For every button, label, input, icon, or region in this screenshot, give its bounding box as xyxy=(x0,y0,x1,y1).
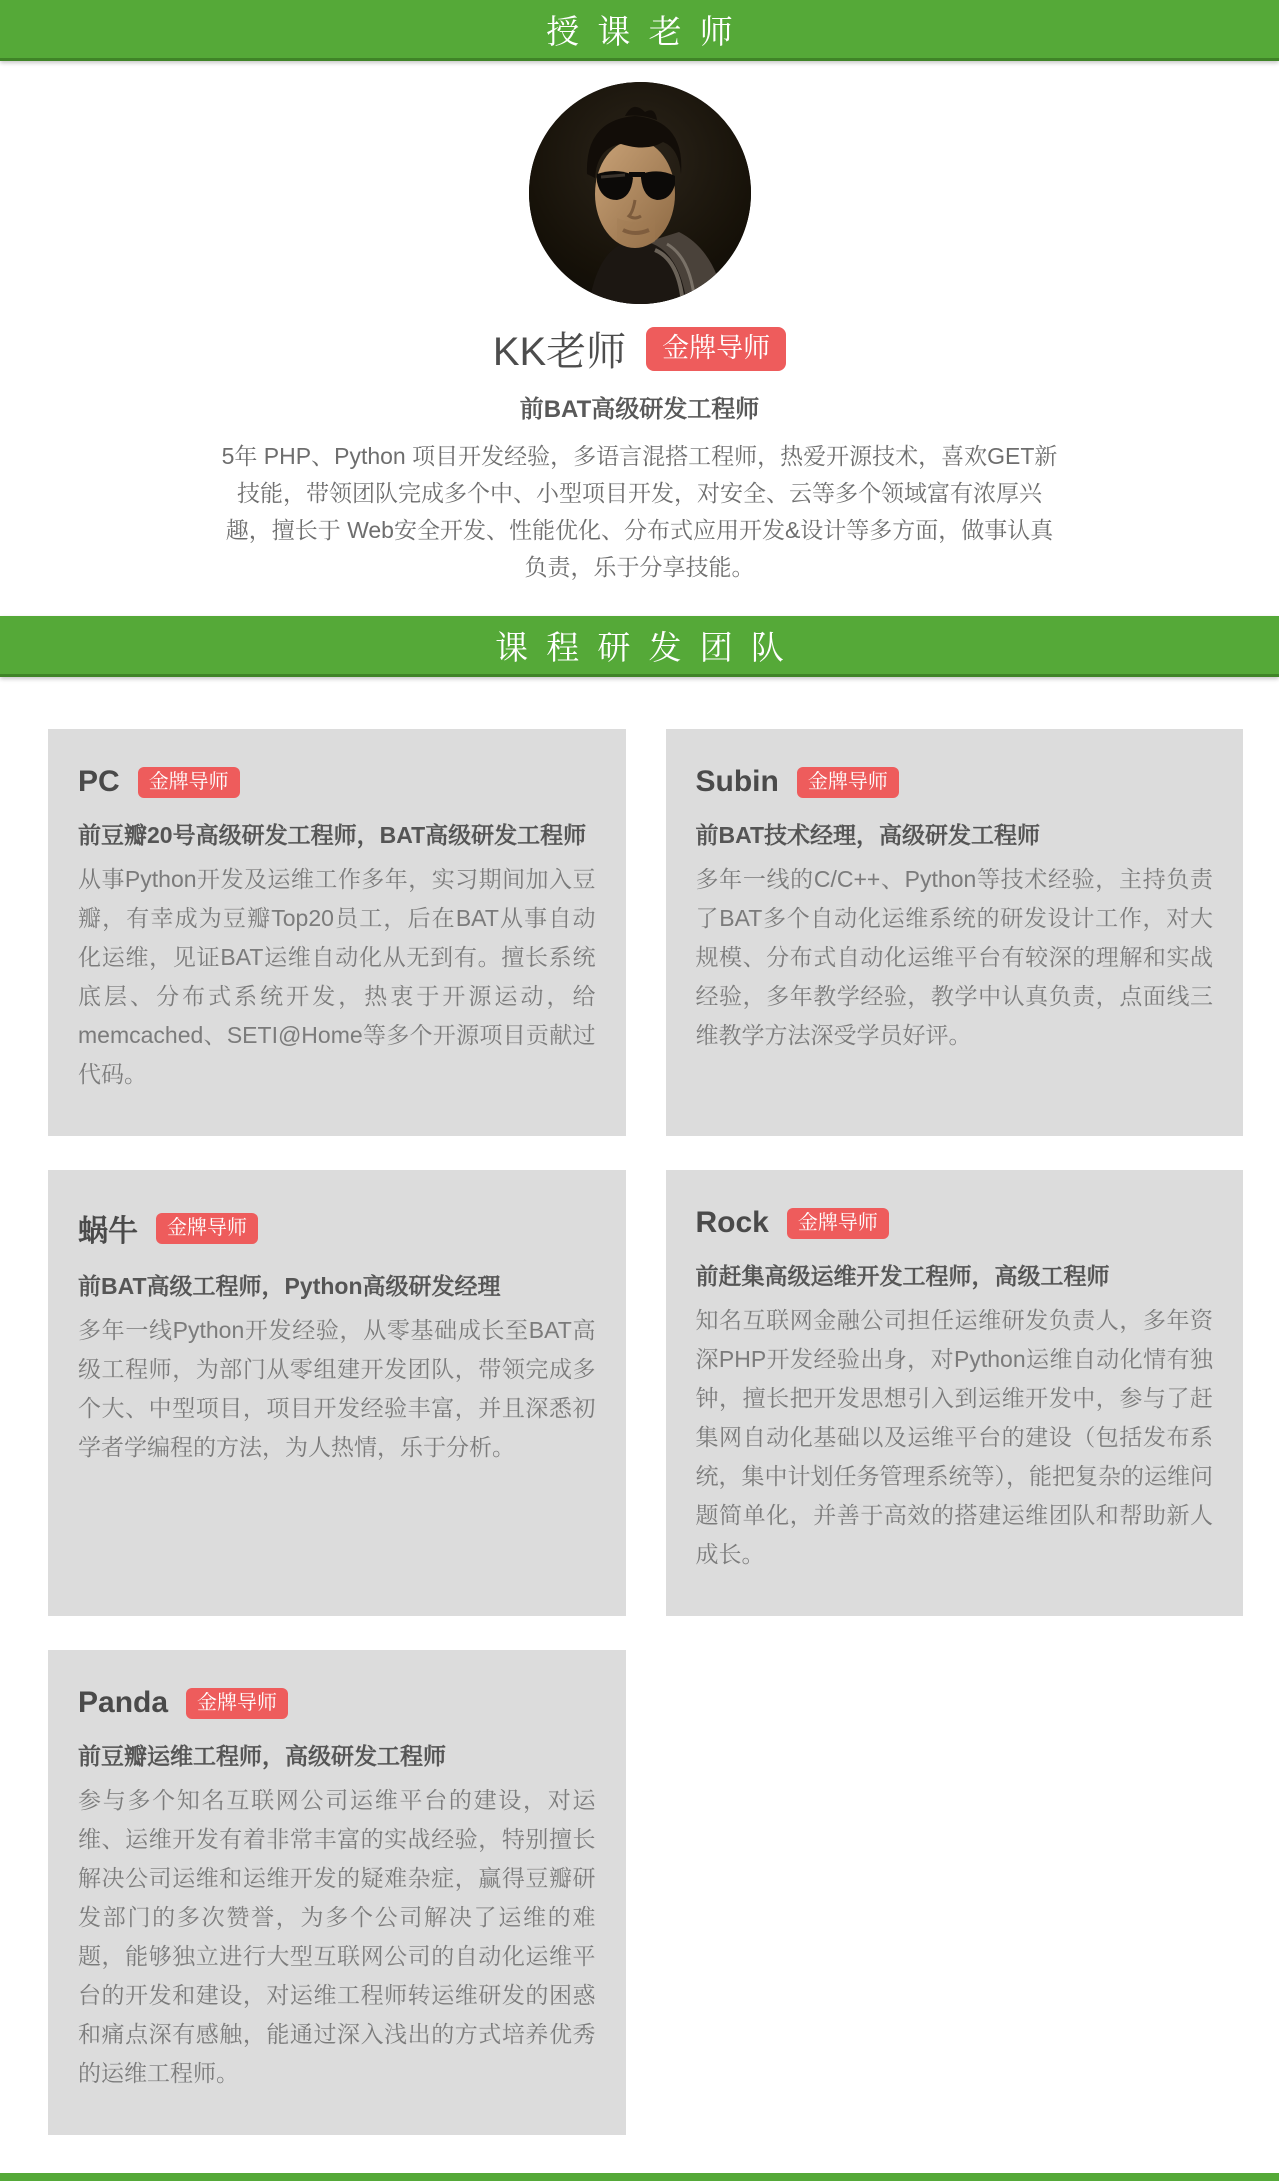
teacher-avatar-image xyxy=(529,82,751,304)
gold-mentor-badge: 金牌导师 xyxy=(156,1213,258,1244)
member-title: 前豆瓣运维工程师，高级研发工程师 xyxy=(78,1740,596,1773)
member-card-panda: Panda 金牌导师 前豆瓣运维工程师，高级研发工程师 参与多个知名互联网公司运… xyxy=(48,1650,626,2135)
member-head: Subin 金牌导师 xyxy=(696,765,1214,799)
member-name: Panda xyxy=(78,1686,168,1720)
member-bio: 参与多个知名互联网公司运维平台的建设，对运维、运维开发有着非常丰富的实战经验，特… xyxy=(78,1781,596,2093)
gold-mentor-badge: 金牌导师 xyxy=(797,767,899,798)
member-head: Rock 金牌导师 xyxy=(696,1206,1214,1240)
teacher-section-bar: 授课老师 xyxy=(0,0,1279,61)
member-card-rock: Rock 金牌导师 前赶集高级运维开发工程师，高级工程师 知名互联网金融公司担任… xyxy=(666,1170,1244,1616)
member-name: Rock xyxy=(696,1206,769,1240)
member-title: 前BAT技术经理，高级研发工程师 xyxy=(696,819,1214,852)
gold-mentor-badge: 金牌导师 xyxy=(138,767,240,798)
member-head: PC 金牌导师 xyxy=(78,765,596,799)
team-section-bar: 课程研发团队 xyxy=(0,616,1279,677)
gold-mentor-badge: 金牌导师 xyxy=(787,1208,889,1239)
teacher-section: KK老师 金牌导师 前BAT高级研发工程师 5年 PHP、Python 项目开发… xyxy=(0,61,1279,616)
teacher-gold-mentor-badge: 金牌导师 xyxy=(646,327,786,371)
member-bio: 多年一线的C/C++、Python等技术经验，主持负责了BAT多个自动化运维系统… xyxy=(696,860,1214,1055)
gold-mentor-badge: 金牌导师 xyxy=(186,1688,288,1719)
teacher-avatar xyxy=(529,82,751,304)
member-title: 前豆瓣20号高级研发工程师，BAT高级研发工程师 xyxy=(78,819,596,852)
teacher-bio: 5年 PHP、Python 项目开发经验，多语言混搭工程师，热爱开源技术，喜欢G… xyxy=(220,438,1060,586)
member-head: 蜗牛 金牌导师 xyxy=(78,1206,596,1250)
team-grid: PC 金牌导师 前豆瓣20号高级研发工程师，BAT高级研发工程师 从事Pytho… xyxy=(48,729,1243,2135)
teacher-name: KK老师 xyxy=(493,320,626,377)
member-card-woniu: 蜗牛 金牌导师 前BAT高级工程师，Python高级研发经理 多年一线Pytho… xyxy=(48,1170,626,1616)
member-title: 前赶集高级运维开发工程师，高级工程师 xyxy=(696,1260,1214,1293)
teacher-subtitle: 前BAT高级研发工程师 xyxy=(0,389,1279,424)
member-bio: 从事Python开发及运维工作多年，实习期间加入豆瓣，有幸成为豆瓣Top20员工… xyxy=(78,860,596,1094)
team-section-title: 课程研发团队 xyxy=(477,622,802,669)
member-head: Panda 金牌导师 xyxy=(78,1686,596,1720)
team-section: PC 金牌导师 前豆瓣20号高级研发工程师，BAT高级研发工程师 从事Pytho… xyxy=(0,677,1279,2171)
teacher-section-title: 授课老师 xyxy=(528,6,751,53)
member-bio: 多年一线Python开发经验，从零基础成长至BAT高级工程师，为部门从零组建开发… xyxy=(78,1311,596,1467)
member-bio: 知名互联网金融公司担任运维研发负责人，多年资深PHP开发经验出身，对Python… xyxy=(696,1301,1214,1574)
member-name: 蜗牛 xyxy=(78,1206,138,1250)
teacher-name-row: KK老师 金牌导师 xyxy=(0,320,1279,377)
member-card-pc: PC 金牌导师 前豆瓣20号高级研发工程师，BAT高级研发工程师 从事Pytho… xyxy=(48,729,626,1136)
bottom-accent-strip xyxy=(0,2173,1279,2181)
member-name: Subin xyxy=(696,765,779,799)
member-card-subin: Subin 金牌导师 前BAT技术经理，高级研发工程师 多年一线的C/C++、P… xyxy=(666,729,1244,1136)
member-title: 前BAT高级工程师，Python高级研发经理 xyxy=(78,1270,596,1303)
member-name: PC xyxy=(78,765,120,799)
